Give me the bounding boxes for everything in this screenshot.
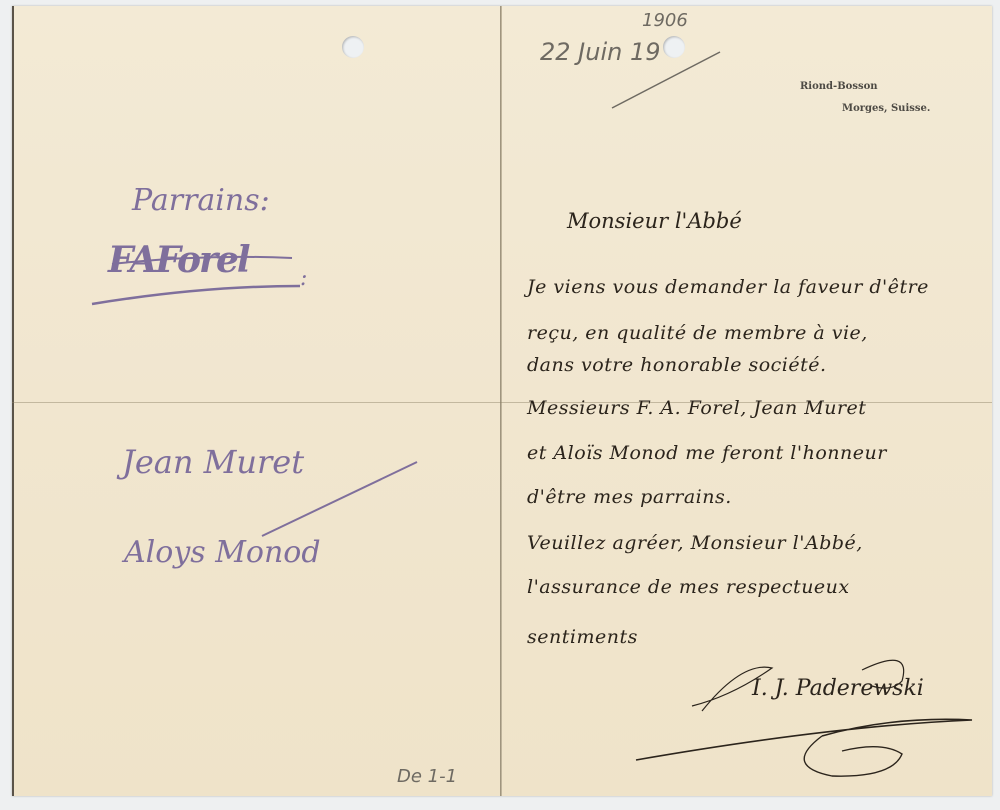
signature-flourish-icon [632,656,1000,786]
vertical-fold-line [500,6,502,796]
date-pencil-stroke-icon [602,46,732,116]
body-line-5: et Aloïs Monod me feront l'honneur [527,444,887,463]
body-line-6: d'être mes parrains. [527,488,732,507]
date-year-annotation: 1906 [642,12,688,30]
body-line-3: dans votre honorable société. [527,356,827,375]
muret-flourish-icon [252,456,422,546]
letterhead-line-1: Riond-Bosson [800,81,878,92]
punch-hole-left [342,36,364,58]
body-line-8: l'assurance de mes respectueux [527,578,850,597]
letterhead-line-2: Morges, Suisse. [842,103,930,114]
body-line-1: Je viens vous demander la faveur d'être [527,278,929,297]
body-line-2: reçu, en qualité de membre à vie, [527,324,868,343]
sponsors-heading: Parrains: [132,186,270,216]
archive-reference: De 1-1 [397,768,457,786]
salutation: Monsieur l'Abbé [567,211,742,232]
colon-mark: : [300,268,307,290]
forel-underline-icon [82,246,322,316]
body-line-9: sentiments [527,628,638,647]
body-line-7: Veuillez agréer, Monsieur l'Abbé, [527,534,863,553]
sponsor-name-monod: Aloys Monod [124,538,321,568]
letter-sheet: Parrains: FAForel : Jean Muret Aloys Mon… [12,6,992,796]
body-line-4: Messieurs F. A. Forel, Jean Muret [527,399,866,418]
